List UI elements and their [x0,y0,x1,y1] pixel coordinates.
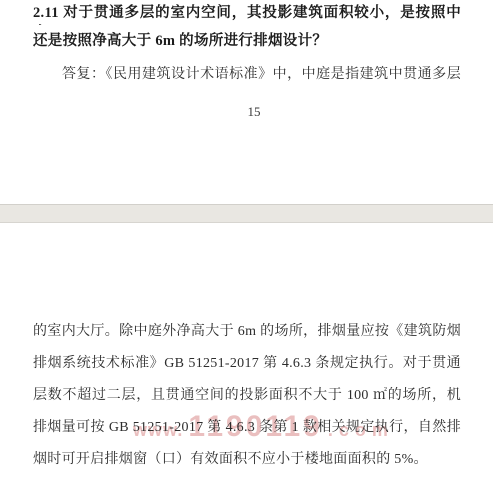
question-heading-line-2: 还是按照净高大于 6m 的场所进行排烟设计？ [33,31,461,53]
document-viewer: 2.11 对于贯通多层的室内空间，其投影建筑面积较小，是按照中庭 还是按照净高大… [0,0,493,485]
paragraph-line: 烟时可开启排烟窗（口）有效面积不应小于楼地面面积的 5%。 [33,444,461,476]
paragraph-line: 层数不超过二层，且贯通空间的投影面积不大于 100 ㎡的场所，机械 [33,380,461,412]
question-heading-line-1: 2.11 对于贯通多层的室内空间，其投影建筑面积较小，是按照中庭 [33,3,461,25]
paragraph-line: 排烟量可按 GB 51251-2017 第 4.6.3 条第 1 款相关规定执行… [33,412,461,444]
paragraph-line: 排烟系统技术标准》GB 51251-2017 第 4.6.3 条规定执行。对于贯… [33,348,461,380]
page-separator [0,204,493,223]
page-number: 15 [33,104,461,120]
paragraph-line: 的室内大厅。除中庭外净高大于 6m 的场所，排烟量应按《建筑防烟 [33,316,461,348]
body-paragraph: 的室内大厅。除中庭外净高大于 6m 的场所，排烟量应按《建筑防烟 排烟系统技术标… [33,316,461,476]
answer-first-line: 答复：《民用建筑设计术语标准》中，中庭是指建筑中贯通多层 [33,65,461,87]
